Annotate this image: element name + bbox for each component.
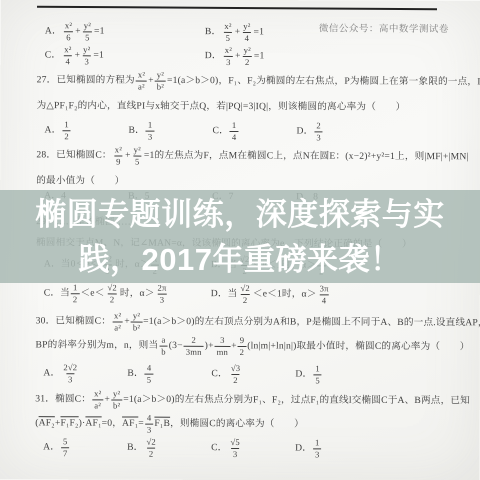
q29-options-cd-opt-0: C．当12＜e＜√22时，α＞2π3 [44, 283, 211, 304]
q31-options-opt-1: B．√22 [127, 438, 211, 459]
q31-line2: (AF₂+F₁F₂)·AF₁=0，AF₁=43F₁B，则椭圆C的离心率为（ ） [35, 413, 304, 434]
q27-options-opt-0: A．12 [44, 120, 128, 141]
q27-line2: 为△PF₁F₂的内心，直线PI与x轴交于点Q，若|PQ|=3|IQ|，则该椭圆的… [37, 100, 406, 114]
q30-line1: 30．已知椭圆C：x²a²+y²b²=1(a＞b＞0)的左右顶点分别为A和B，P… [36, 311, 480, 333]
q30-options-opt-3: D．15 [295, 364, 379, 385]
q27-options: A．12B．13C．14D．23 [44, 120, 380, 142]
q30-options: A．2√23B．45C．√32D．15 [43, 363, 379, 385]
q26-options-ab-opt-0: A．x²6+y²5=1 [45, 21, 205, 42]
q30-options-opt-2: C．√32 [211, 364, 295, 385]
promo-title-line2: 践，2017年重磅来袭！ [79, 237, 402, 282]
q27-options-opt-2: C．14 [212, 121, 296, 142]
q26-options-ab: A．x²6+y²5=1B．x²5+y²4=1 [45, 21, 365, 43]
q30-options-opt-0: A．2√23 [43, 363, 127, 384]
q27-options-opt-1: B．13 [128, 121, 212, 142]
q27-options-opt-3: D．23 [296, 121, 380, 142]
q31-options: A．57B．√22C．√53D．13 [43, 437, 379, 459]
q28-line2: 的最小值为（ ） [36, 175, 124, 187]
q31-line1: 31．椭圆C：x²a²+y²b²=1(a＞b＞0)的左右焦点分别为F₁、F₂，过… [35, 389, 470, 411]
q29-options-cd-opt-1: D．当√22＜e＜1时，α＞3π4 [211, 284, 378, 305]
q31-options-opt-0: A．57 [43, 437, 127, 458]
q27-line1: 27．已知椭圆的方程为x²a²+y²b²=1(a＞b＞0)，F₁、F₂为椭圆的左… [37, 70, 480, 92]
q26-options-cd: C．x²4+y²3=1D．x²3+y²2=1 [45, 45, 365, 67]
q26-options-cd-opt-1: D．x²3+y²2=1 [205, 46, 365, 67]
q30-options-opt-1: B．45 [127, 364, 211, 385]
q28-line1: 28．已知椭圆C：x²9+y²5=1的左焦点为F，点M在椭圆C上，点N在圆E：(… [36, 145, 468, 167]
q26-options-cd-opt-0: C．x²4+y²3=1 [45, 45, 205, 66]
q30-line2: BP的斜率分别为m，n，则当ab(3−23mn)+3mn+92(ln|m|+ln… [35, 335, 469, 357]
q31-options-opt-2: C．√53 [211, 438, 295, 459]
promo-title-line1: 椭圆专题训练，深度探索与实 [35, 192, 445, 237]
q29-options-cd: C．当12＜e＜√22时，α＞2π3D．当√22＜e＜1时，α＞3π4 [44, 283, 378, 305]
q31-options-opt-3: D．13 [295, 438, 379, 459]
promo-banner: 椭圆专题训练，深度探索与实 践，2017年重磅来袭！ [0, 190, 480, 283]
q26-options-ab-opt-1: B．x²5+y²4=1 [205, 22, 365, 43]
